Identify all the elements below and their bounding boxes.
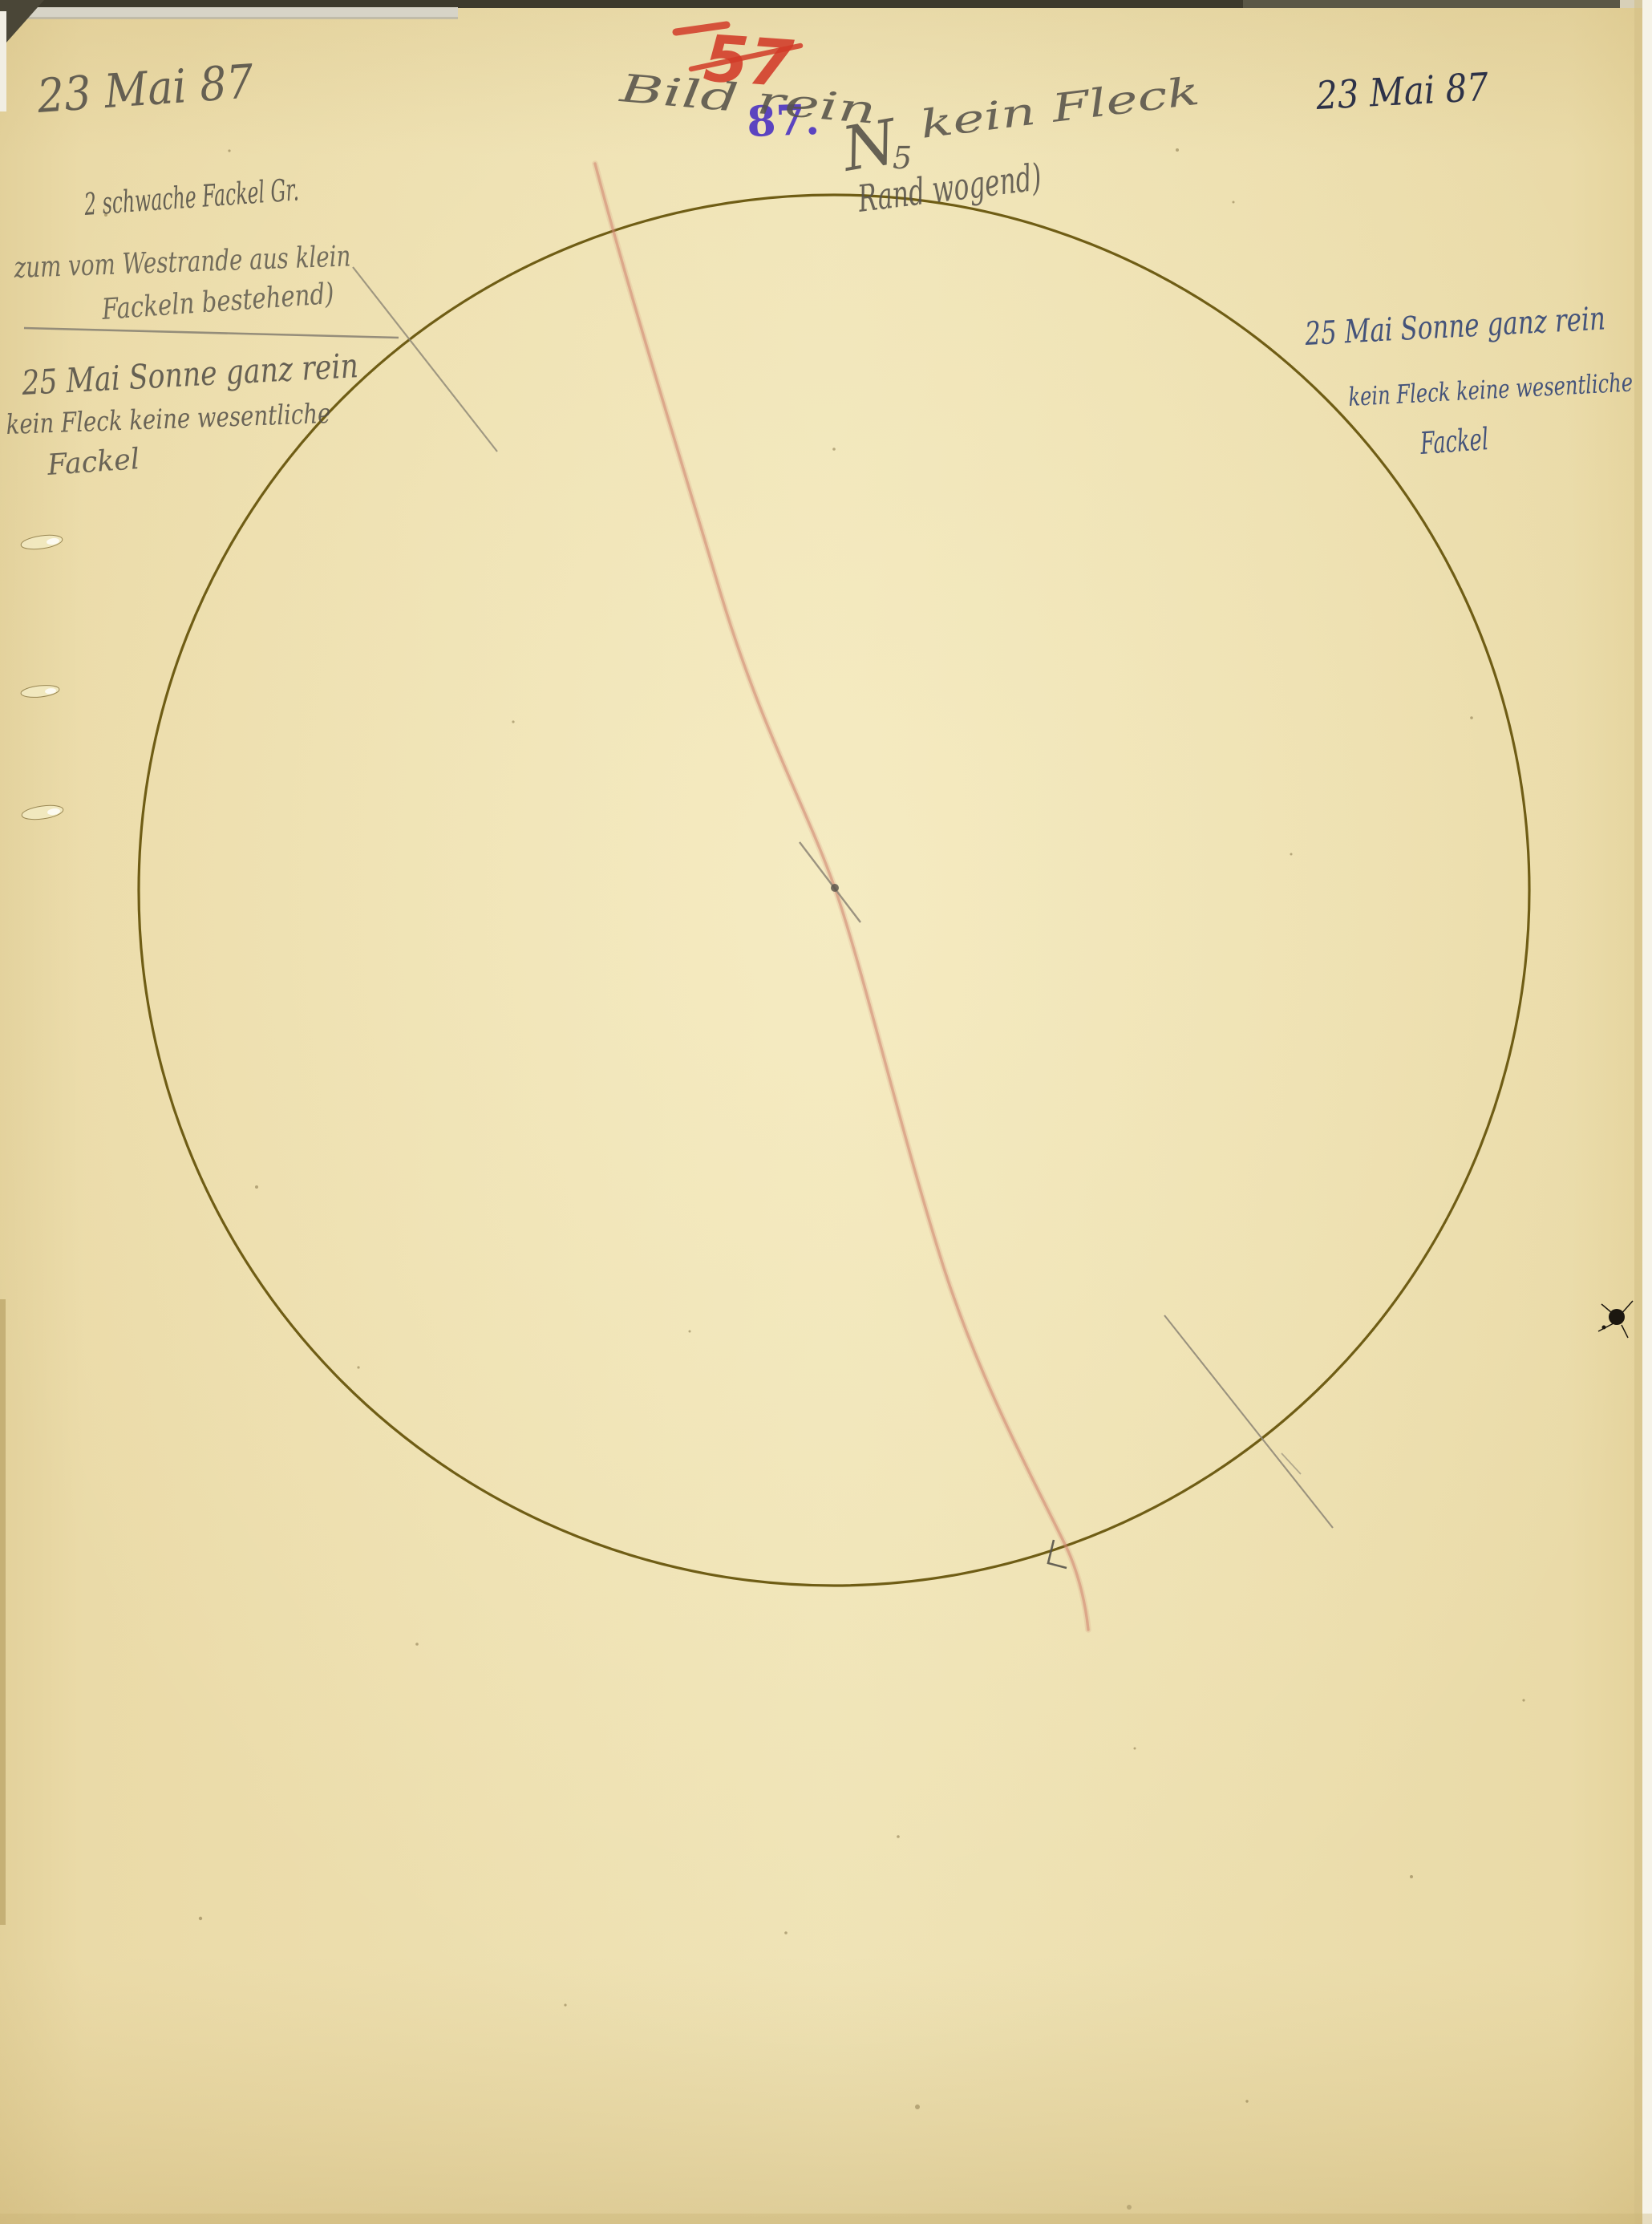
edge-shade-right: [1634, 0, 1642, 2224]
right-note-line3: Fackel: [1419, 421, 1490, 461]
edge-shade-bottom: [0, 2214, 1652, 2224]
date-top-right: 23 Mai 87: [1314, 65, 1490, 119]
edge-sliver-right: [1642, 0, 1652, 2224]
edge-shade-left: [0, 1299, 6, 1925]
scanned-page: 57 87. 23 Mai 87 Bild rein N 5 kein Flec…: [0, 0, 1652, 2224]
scan-strip-light: [21, 7, 458, 18]
document-scan: 57 87. 23 Mai 87 Bild rein N 5 kein Flec…: [0, 0, 1652, 2224]
scan-strip-shadow: [21, 17, 458, 19]
scan-edge-top-fade: [1243, 0, 1620, 8]
edge-sliver-left-top: [0, 11, 6, 111]
left-note-line6: Fackel: [46, 443, 141, 482]
center-mark-dot: [831, 884, 839, 892]
